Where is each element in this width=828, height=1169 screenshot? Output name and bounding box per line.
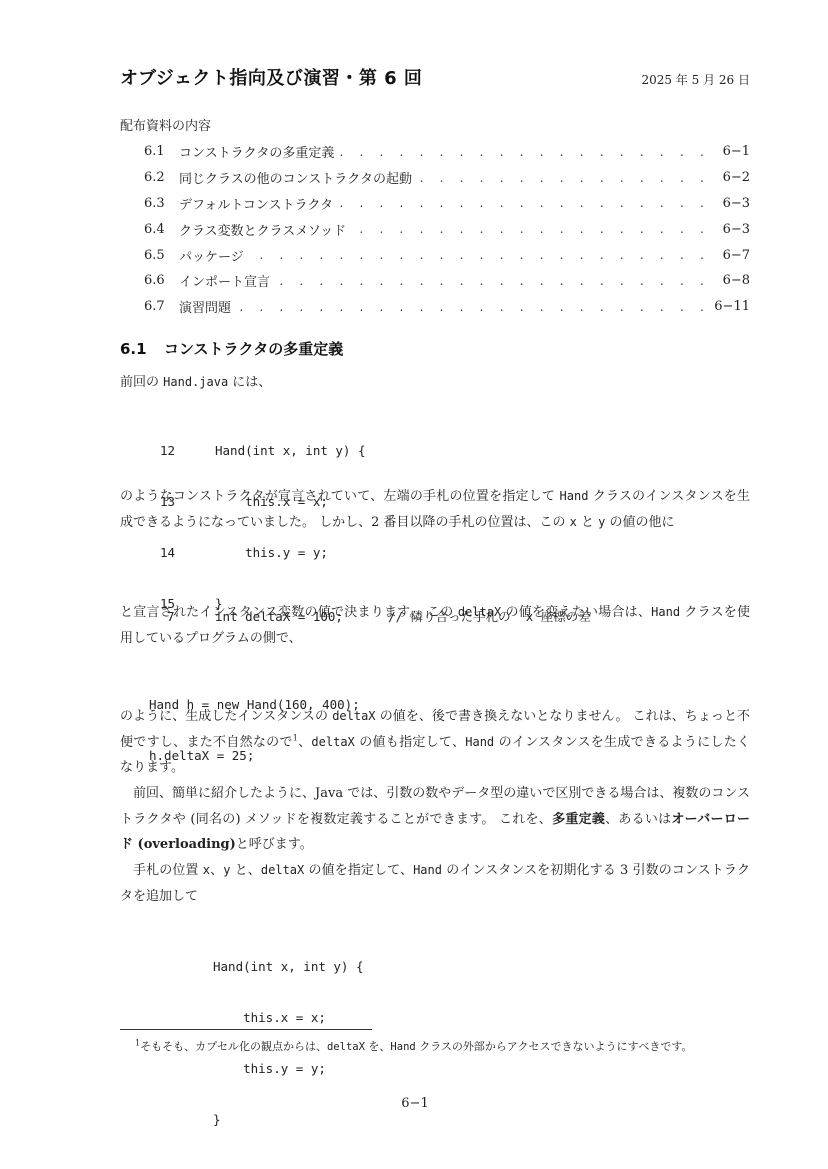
toc-item-label: コンストラクタの多重定義 [179, 142, 338, 161]
toc-leader-dots: . . . . . . . . . . . . . . . . . . . . … [248, 248, 710, 262]
inline-code: Hand [560, 489, 589, 503]
text: と呼びます。 [236, 837, 313, 852]
section-title: コンストラクタの多重定義 [164, 340, 343, 358]
toc-item-page: 6−3 [710, 196, 750, 211]
text: のように、生成したインスタンスの [120, 709, 332, 724]
text: 、あるいは [605, 812, 671, 827]
toc-item-label: 同じクラスの他のコンストラクタの起動 [179, 168, 416, 187]
paragraph-2: のようなコンストラクタが宣言されていて、左端の手札の位置を指定して Hand ク… [120, 484, 750, 535]
toc-leader-dots: . . . . . . . . . . . . . . . . . . . . … [416, 171, 710, 185]
paragraph-intro: 前回の Hand.java には、 [120, 370, 750, 396]
text: の値を変えたい場合は、 [501, 605, 651, 620]
toc-item[interactable]: 6.1 コンストラクタの多重定義 . . . . . . . . . . . .… [144, 139, 750, 165]
toc-heading: 配布資料の内容 [120, 115, 211, 134]
text: には、 [228, 375, 271, 390]
inline-code: deltaX [327, 1041, 365, 1053]
code-line: Hand(int x, int y) { [213, 958, 364, 975]
toc-leader-dots: . . . . . . . . . . . . . . . . . . . . … [274, 274, 710, 288]
text: のようなコンストラクタが宣言されていて、左端の手札の位置を指定して [120, 489, 560, 504]
toc-leader-dots: . . . . . . . . . . . . . . . . . . . . … [338, 145, 710, 159]
toc-item[interactable]: 6.3 デフォルトコンストラクタ . . . . . . . . . . . .… [144, 191, 750, 217]
table-of-contents: 6.1 コンストラクタの多重定義 . . . . . . . . . . . .… [144, 139, 750, 320]
text: と、 [230, 863, 260, 878]
toc-leader-dots: . . . . . . . . . . . . . . . . . . . . … [337, 196, 710, 210]
toc-item-number: 6.7 [144, 299, 179, 314]
toc-item-page: 6−8 [710, 273, 750, 288]
footnote: 1そもそも、カプセル化の観点からは、deltaX を、Hand クラスの外部から… [135, 1038, 692, 1054]
inline-code: deltaX [311, 735, 354, 749]
header: オブジェクト指向及び演習・第 6 回 2025 年 5 月 26 日 [120, 64, 750, 94]
toc-item-number: 6.3 [144, 196, 179, 211]
toc-item-page: 6−1 [710, 144, 750, 159]
term-overloading-en: (overloading) [133, 837, 236, 852]
section-heading: 6.1コンストラクタの多重定義 [120, 338, 343, 359]
document-date: 2025 年 5 月 26 日 [641, 71, 750, 88]
code-text: Hand(int x, int y) { [215, 443, 366, 458]
document-title: オブジェクト指向及び演習・第 6 回 [120, 64, 422, 90]
toc-item[interactable]: 6.4 クラス変数とクラスメソッド . . . . . . . . . . . … [144, 216, 750, 242]
text: 手札の位置 [133, 863, 203, 878]
paragraph-4: のように、生成したインスタンスの deltaX の値を、後で書き換えないとなりま… [120, 704, 750, 781]
toc-item-number: 6.2 [144, 170, 179, 185]
page-number: 6−1 [120, 1096, 710, 1111]
text: の値の他に [605, 515, 674, 530]
code-line: 12Hand(int x, int y) { [160, 442, 366, 459]
toc-item-label: パッケージ [179, 246, 248, 265]
code-line: this.y = y; [213, 1060, 364, 1077]
inline-code: x [570, 515, 577, 529]
text: 、 [210, 863, 223, 878]
paragraph-6: 手札の位置 x、y と、deltaX の値を指定して、Hand のインスタンスを… [120, 858, 750, 909]
text: の値を指定して、 [304, 863, 413, 878]
inline-code: deltaX [458, 605, 501, 619]
code-line: 14 this.y = y; [160, 544, 366, 561]
line-number: 12 [160, 442, 215, 459]
toc-item-page: 6−2 [710, 170, 750, 185]
text: そもそも、カプセル化の観点からは、 [140, 1040, 327, 1053]
text: 、 [298, 735, 312, 750]
toc-item[interactable]: 6.7 演習問題 . . . . . . . . . . . . . . . .… [144, 294, 750, 320]
toc-item-label: デフォルトコンストラクタ [179, 194, 337, 213]
inline-code: Hand [651, 605, 680, 619]
toc-item-page: 6−3 [710, 222, 750, 237]
paragraph-5: 前回、簡単に紹介したように、Java では、引数の数やデータ型の違いで区別できる… [120, 781, 750, 858]
toc-item-number: 6.4 [144, 222, 179, 237]
term-overloading-jp: 多重定義 [552, 812, 605, 827]
inline-code: Hand [413, 863, 442, 877]
toc-item-label: クラス変数とクラスメソッド [179, 220, 350, 239]
section-number: 6.1 [120, 340, 164, 358]
toc-item-page: 6−7 [710, 248, 750, 263]
inline-code: deltaX [261, 863, 304, 877]
inline-code: Hand [390, 1041, 415, 1053]
code-text: this.y = y; [215, 545, 328, 560]
paragraph-3: と宣言されたインスタンス変数の値で決まります。 この deltaX の値を変えた… [120, 600, 750, 651]
line-number: 14 [160, 544, 215, 561]
toc-item[interactable]: 6.6 インポート宣言 . . . . . . . . . . . . . . … [144, 268, 750, 294]
text: クラスの外部からアクセスできないようにすべきです。 [416, 1040, 693, 1053]
toc-leader-dots: . . . . . . . . . . . . . . . . . . . . … [350, 222, 710, 236]
inline-code: deltaX [332, 709, 375, 723]
toc-item-number: 6.6 [144, 273, 179, 288]
text: と [577, 515, 598, 530]
inline-code: Hand [465, 735, 494, 749]
toc-item[interactable]: 6.2 同じクラスの他のコンストラクタの起動 . . . . . . . . .… [144, 165, 750, 191]
code-line: } [213, 1111, 364, 1128]
inline-code: Hand.java [163, 375, 228, 389]
text: と宣言されたインスタンス変数の値で決まります。 この [120, 605, 458, 620]
toc-item[interactable]: 6.5 パッケージ . . . . . . . . . . . . . . . … [144, 242, 750, 268]
code-line: this.x = x; [213, 1009, 364, 1026]
text: を、 [365, 1040, 391, 1053]
toc-leader-dots: . . . . . . . . . . . . . . . . . . . . … [235, 300, 710, 314]
text: の値も指定して、 [355, 735, 465, 750]
text: 前回の [120, 375, 163, 390]
inline-code: x [203, 863, 210, 877]
toc-item-number: 6.1 [144, 144, 179, 159]
toc-item-label: 演習問題 [179, 297, 235, 316]
toc-item-page: 6−11 [710, 299, 750, 314]
toc-item-label: インポート宣言 [179, 271, 274, 290]
footnote-divider [120, 1029, 372, 1030]
toc-item-number: 6.5 [144, 248, 179, 263]
